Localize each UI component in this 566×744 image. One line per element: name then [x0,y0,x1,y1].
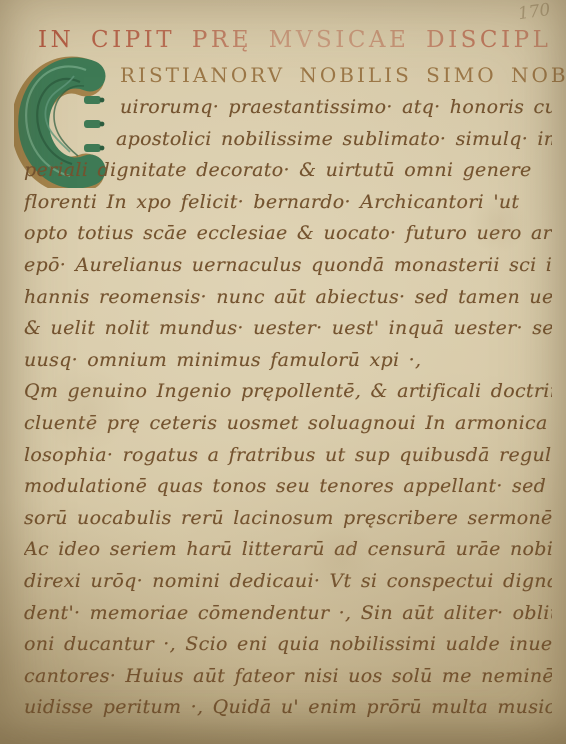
text-line: hannis reomensis· nunc aūt abiectus· sed… [24,282,552,314]
manuscript-page: 170 IN CIPIT PRĘ MVSICAE DISCIPLINAE · R… [0,0,566,744]
text-line: modulationē quas tonos seu tenores appel… [24,471,552,503]
caps-line: RISTIANORV NOBILIS SIMO NOBILIV · [120,59,552,92]
text-line: dent'· memoriae cōmendentur ·, Sin aūt a… [24,598,552,630]
text-line: & uelit nolit mundus· uester· uest' inqu… [24,313,552,345]
text-line: cantores· Huius aūt fateor nisi uos solū… [24,661,552,693]
rubric-title: IN CIPIT PRĘ MVSICAE DISCIPLINAE · [24,22,552,59]
text-line: uirorumq· praestantissimo· atq· honoris … [120,92,552,124]
text-line: oni ducantur ·, Scio eni quia nobilissim… [24,629,552,661]
text-line: Ac ideo seriem harū litterarū ad censurā… [24,534,552,566]
text-line: sorū uocabulis rerū lacinosum pręscriber… [24,503,552,535]
text-line: uidisse peritum ·, Quidā u' enim prōrū m… [24,692,552,724]
text-block: IN CIPIT PRĘ MVSICAE DISCIPLINAE · RISTI… [24,22,552,724]
text-line: direxi urōq· nomini dedicaui· Vt si cons… [24,566,552,598]
text-line: periali dignitate decorato· & uirtutū om… [24,155,552,187]
text-line: opto totius scāe ecclesiae & uocato· fut… [24,218,552,250]
text-line: florenti In xpo felicit· bernardo· Archi… [24,187,552,219]
text-line: cluentē prę ceteris uosmet soluagnoui In… [24,408,552,440]
text-line: Qm genuino Ingenio prępollentē, & artifi… [24,376,552,408]
text-line: losophia· rogatus a fratribus ut sup qui… [24,440,552,472]
text-line: uusq· omnium minimus famulorū xpi ·, [24,345,552,377]
text-line: apostolici nobilissime sublimato· simulq… [116,124,552,156]
text-line: epō· Aurelianus uernaculus quondā monast… [24,250,552,282]
folio-number: 170 [516,0,551,24]
